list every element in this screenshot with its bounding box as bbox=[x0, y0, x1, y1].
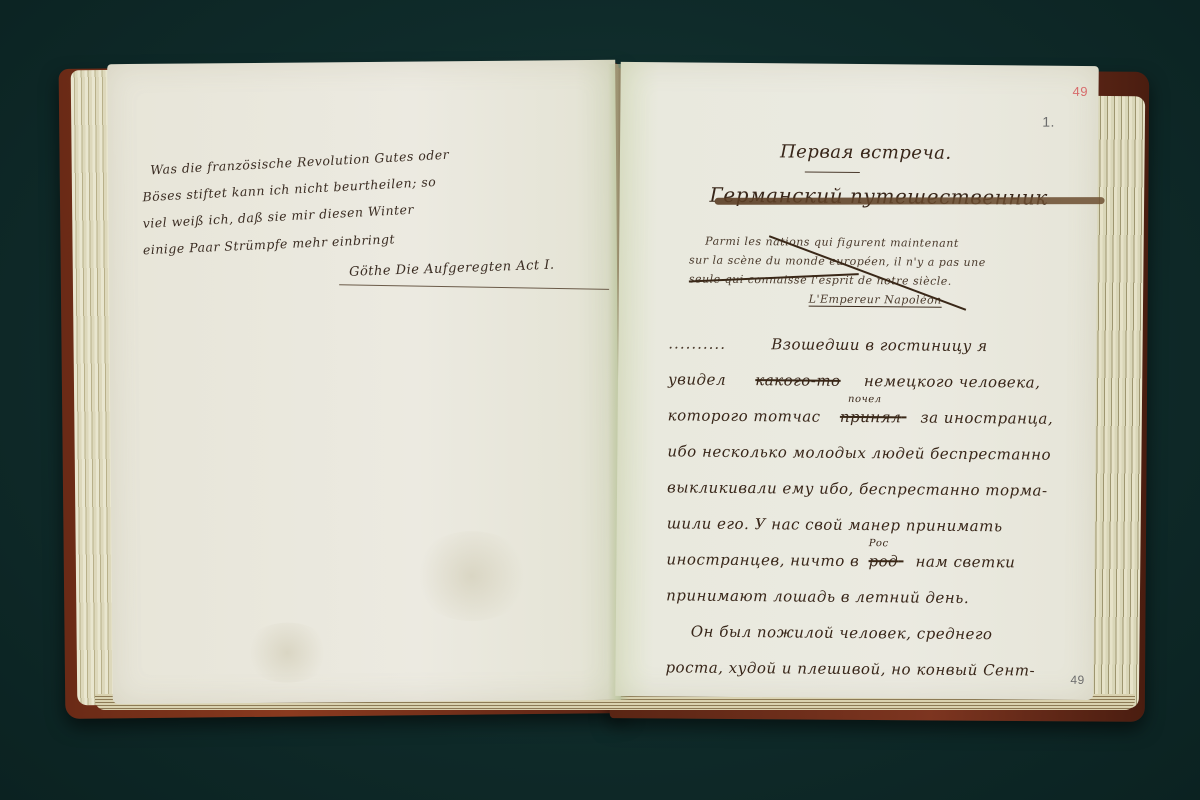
epigraph-line-1: Was die französische Revolution Gutes od… bbox=[150, 147, 450, 178]
body-line-5: выкликивали ему ибо, беспрестанно торма- bbox=[667, 478, 1048, 499]
struck-title: Германский путешественник bbox=[710, 183, 1048, 210]
folio-number-bottom: 49 bbox=[1070, 673, 1084, 687]
body-line-lead-dashes: .......... bbox=[668, 334, 726, 353]
title-flourish bbox=[805, 172, 860, 173]
attribution-underline bbox=[339, 284, 609, 290]
body-line-3: которого тотчас принял почел за иностран… bbox=[668, 406, 1054, 427]
right-page: 1. 49 Первая встреча. Германский путешес… bbox=[615, 62, 1099, 700]
body-line-6: шили его. У нас свой манер принимать bbox=[667, 514, 1003, 535]
chapter-title: Первая встреча. bbox=[780, 141, 952, 163]
body-line-8: принимают лошадь в летний день. bbox=[666, 586, 969, 607]
french-epigraph-attribution: L'Empereur Napoléon bbox=[809, 293, 942, 308]
body-line-4: ибо несколько молодых людей беспрестанно bbox=[667, 442, 1051, 463]
body-line-9: Он был пожилой человек, среднего bbox=[691, 623, 993, 644]
epigraph-line-2: Böses stiftet kann ich nicht beurtheilen… bbox=[142, 174, 436, 204]
struck-word: принял почел bbox=[840, 408, 907, 427]
interlinear-insertion: Рос bbox=[869, 538, 889, 549]
title-strikethrough bbox=[715, 197, 1105, 205]
struck-word: род Рос bbox=[868, 552, 903, 570]
epigraph-attribution: Göthe Die Aufgeregten Act I. bbox=[349, 258, 555, 280]
paper-stain bbox=[411, 531, 532, 622]
page-number-pencil: 1. bbox=[1042, 114, 1055, 130]
epigraph-line-4: einige Paar Strümpfe mehr einbringt bbox=[143, 231, 396, 257]
epigraph-line-3: viel weiß ich, daß sie mir diesen Winter bbox=[142, 202, 414, 231]
body-line-1: .......... Взошедши в гостиницу я bbox=[668, 334, 987, 355]
folio-number-red: 49 bbox=[1072, 84, 1088, 99]
body-line-10: роста, худой и плешивой, но конвый Сент- bbox=[665, 658, 1035, 679]
french-epigraph-line-1: Parmi les nations qui figurent maintenan… bbox=[705, 235, 959, 250]
paper-stain bbox=[242, 622, 333, 683]
body-line-7: иностранцев, ничто в род Рос нам светки bbox=[666, 550, 1015, 571]
interlinear-insertion: почел bbox=[848, 394, 882, 405]
open-manuscript-book: Was die französische Revolution Gutes od… bbox=[0, 0, 1200, 800]
left-page: Was die französische Revolution Gutes od… bbox=[107, 60, 621, 704]
body-line-2: увидел какого-то немецкого человека, bbox=[668, 370, 1041, 391]
struck-word: какого-то bbox=[755, 371, 840, 390]
